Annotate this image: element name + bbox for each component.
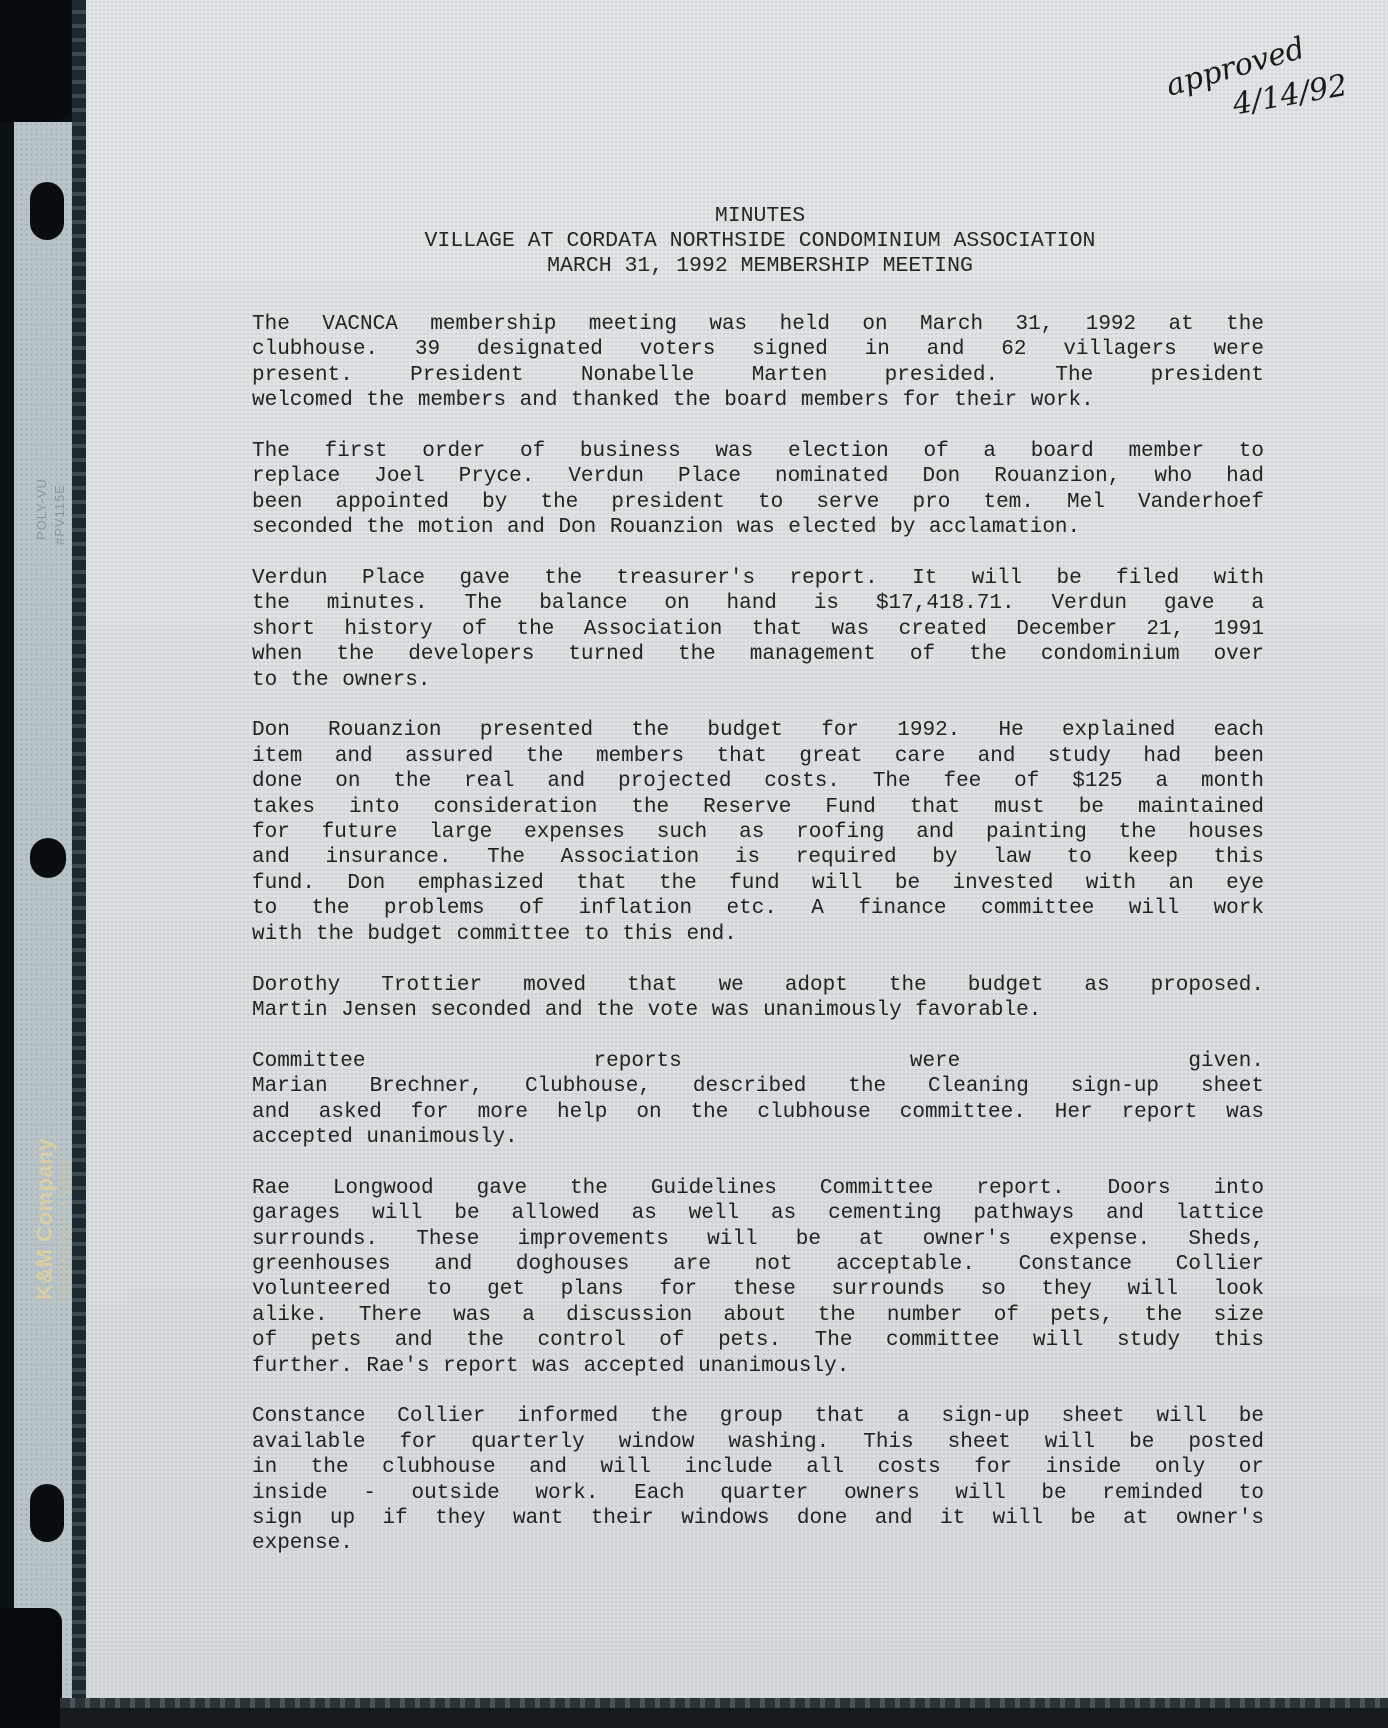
paragraph-line: sign up if they want their windows done … (252, 1506, 1264, 1531)
paragraph-line: done on the real and projected costs. Th… (252, 769, 1264, 794)
paragraph-line: Martin Jensen seconded and the vote was … (252, 998, 1264, 1023)
paragraph-line: seconded the motion and Don Rouanzion wa… (252, 515, 1264, 540)
paragraph-line: when the developers turned the managemen… (252, 642, 1264, 667)
paragraph-line: greenhouses and doghouses are not accept… (252, 1252, 1264, 1277)
paragraph-line: garages will be allowed as well as cemen… (252, 1201, 1264, 1226)
paragraph-line: in the clubhouse and will include all co… (252, 1455, 1264, 1480)
paragraph-line: The VACNCA membership meeting was held o… (252, 312, 1264, 337)
meeting-date: MARCH 31, 1992 MEMBERSHIP MEETING (260, 254, 1260, 279)
paragraph: Don Rouanzion presented the budget for 1… (252, 718, 1264, 947)
paragraph-line: Don Rouanzion presented the budget for 1… (252, 718, 1264, 743)
paragraph-line: present. President Nonabelle Marten pres… (252, 363, 1264, 388)
paragraph-line: Marian Brechner, Clubhouse, described th… (252, 1074, 1264, 1099)
document-title: MINUTES (260, 204, 1260, 229)
paragraph-line: and asked for more help on the clubhouse… (252, 1100, 1264, 1125)
paragraph-line: replace Joel Pryce. Verdun Place nominat… (252, 464, 1264, 489)
spine-code-label: POLY-VU (34, 478, 49, 540)
document-header: MINUTES VILLAGE AT CORDATA NORTHSIDE CON… (260, 204, 1260, 279)
paragraph: Rae Longwood gave the Guidelines Committ… (252, 1176, 1264, 1379)
paragraph: Verdun Place gave the treasurer's report… (252, 566, 1264, 693)
paragraph-line: volunteered to get plans for these surro… (252, 1277, 1264, 1302)
paragraph: The first order of business was election… (252, 439, 1264, 541)
paragraph-line: the minutes. The balance on hand is $17,… (252, 591, 1264, 616)
paragraph-line: expense. (252, 1531, 1264, 1556)
paragraph-line: fund. Don emphasized that the fund will … (252, 871, 1264, 896)
paragraph-line: item and assured the members that great … (252, 744, 1264, 769)
sheet-protector-edge (60, 1698, 1388, 1728)
paragraph-line: to the problems of inflation etc. A fina… (252, 896, 1264, 921)
paragraph-line: short history of the Association that wa… (252, 617, 1264, 642)
paragraph-line: Constance Collier informed the group tha… (252, 1404, 1264, 1429)
paragraph-line: accepted unanimously. (252, 1125, 1264, 1150)
binder-bottom-tab (0, 1608, 62, 1728)
organization-name: VILLAGE AT CORDATA NORTHSIDE CONDOMINIUM… (260, 229, 1260, 254)
punch-hole-icon (30, 838, 66, 878)
paragraph-line: for future large expenses such as roofin… (252, 820, 1264, 845)
punch-hole-icon (30, 1484, 64, 1542)
binder-top-tab (0, 0, 70, 122)
document-body: The VACNCA membership meeting was held o… (252, 312, 1264, 1582)
paragraph-line: clubhouse. 39 designated voters signed i… (252, 337, 1264, 362)
paragraph-line: available for quarterly window washing. … (252, 1430, 1264, 1455)
punch-hole-icon (30, 182, 64, 240)
paragraph-line: alike. There was a discussion about the … (252, 1303, 1264, 1328)
paragraph-line: takes into consideration the Reserve Fun… (252, 795, 1264, 820)
paragraph-line: to the owners. (252, 668, 1264, 693)
paragraph-line: further. Rae's report was accepted unani… (252, 1354, 1264, 1379)
paragraph-line: The first order of business was election… (252, 439, 1264, 464)
paragraph-line: of pets and the control of pets. The com… (252, 1328, 1264, 1353)
paragraph: Committee reports were given.Marian Brec… (252, 1049, 1264, 1151)
paragraph-line: and insurance. The Association is requir… (252, 845, 1264, 870)
paragraph-line: with the budget committee to this end. (252, 922, 1264, 947)
paragraph: Constance Collier informed the group tha… (252, 1404, 1264, 1556)
paragraph-line: Committee reports were given. (252, 1049, 1264, 1074)
paragraph-line: welcomed the members and thanked the boa… (252, 388, 1264, 413)
paragraph: The VACNCA membership meeting was held o… (252, 312, 1264, 414)
paragraph-line: inside - outside work. Each quarter owne… (252, 1481, 1264, 1506)
spine-code-label: #PV115E (52, 484, 67, 545)
paragraph-line: Dorothy Trottier moved that we adopt the… (252, 973, 1264, 998)
manufacturer-label: K&M Company (32, 1138, 58, 1300)
paragraph: Dorothy Trottier moved that we adopt the… (252, 973, 1264, 1024)
binder-paper-strip (14, 122, 72, 1722)
manufacturer-address: TORRANCE, CA 90503 (58, 1158, 72, 1303)
paragraph-line: surrounds. These improvements will be at… (252, 1227, 1264, 1252)
paragraph-line: been appointed by the president to serve… (252, 490, 1264, 515)
paragraph-line: Verdun Place gave the treasurer's report… (252, 566, 1264, 591)
paragraph-line: Rae Longwood gave the Guidelines Committ… (252, 1176, 1264, 1201)
binder-rail (72, 0, 86, 1728)
